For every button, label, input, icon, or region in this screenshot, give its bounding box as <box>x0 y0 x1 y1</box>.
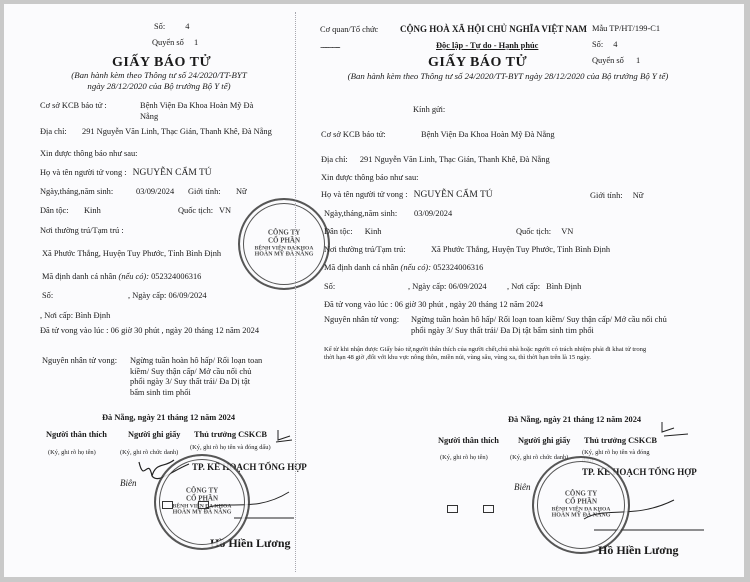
issue-date-label: , Ngày cấp: <box>408 282 446 291</box>
id-note: (nếu có): <box>401 263 431 272</box>
gender-label: Giới tính: <box>188 187 221 198</box>
facility-label: Cơ sở KCB báo tử : <box>40 101 107 112</box>
book-label: Quyển số <box>592 56 624 65</box>
clerk-signature: Biên <box>514 482 531 493</box>
book-value: 1 <box>194 38 198 47</box>
cause-label: Nguyên nhân tử vong: <box>324 315 399 326</box>
signer-head-role: Thủ trưởng CSKCB <box>584 436 657 447</box>
id-value: 052324006316 <box>151 272 201 281</box>
signer-relative-role: Người thân thích <box>46 430 107 441</box>
nationality-label: Quốc tịch: <box>178 206 213 217</box>
book-label: Quyển số <box>152 38 184 47</box>
checkbox-icon <box>162 501 173 509</box>
issue-place-value: Bình Định <box>546 282 581 291</box>
residence-label: Nơi thường trú/Tạm trú : <box>40 226 124 237</box>
issue-date-label: , Ngày cấp: <box>128 291 166 300</box>
notice-text: Xin được thông báo như sau: <box>40 149 137 160</box>
ethnicity-value: Kinh <box>84 206 101 217</box>
dob-value: 03/09/2024 <box>414 209 452 220</box>
signer-name: Hồ Hiền Lương <box>598 543 679 558</box>
residence-label: Nơi thường trú/Tạm trú: <box>324 245 406 256</box>
left-subtitle-2: ngày 28/12/2020 của Bộ trưởng Bộ Y tế) <box>44 81 274 92</box>
name-label: Họ và tên người tử vong : <box>321 190 408 199</box>
address-value: 291 Nguyễn Văn Linh, Thạc Gián, Thanh Kh… <box>360 155 550 164</box>
dob-label: Ngày,tháng,năm sinh: <box>324 209 397 220</box>
number-value: 4 <box>613 40 617 49</box>
death-time: Đã tử vong vào lúc : 06 giờ 30 phút , ng… <box>324 300 543 311</box>
issue-place-label: , Nơi cấp: <box>507 282 540 291</box>
ethnicity-label: Dân tộc: <box>40 206 69 217</box>
facility-label: Cơ sở KCB báo tử: <box>321 130 386 141</box>
dob-value: 03/09/2024 <box>136 187 174 198</box>
ethnicity-label: Dân tộc: <box>324 227 353 236</box>
cause-label: Nguyên nhân tử vong: <box>42 356 117 367</box>
facility-value: Bệnh Viện Đa Khoa Hoàn Mỹ Đà Nẵng <box>421 130 555 141</box>
issue-place-label: , Nơi cấp: <box>40 311 73 320</box>
signer-relative-role: Người thân thích <box>438 436 499 447</box>
nationality-value: VN <box>219 206 231 217</box>
page-divider <box>295 12 296 572</box>
id-label: Mã định danh cá nhân <box>324 263 398 272</box>
issue-date-value: 06/09/2024 <box>448 282 486 291</box>
checkbox-icon <box>447 505 458 513</box>
nationality-value: VN <box>561 227 573 236</box>
signer-relative-note: (Ký, ghi rõ họ tên) <box>48 449 96 457</box>
notice-text: Xin được thông báo như sau: <box>321 173 418 184</box>
org-label: Cơ quan/Tổ chức <box>320 25 378 36</box>
signer-relative-note: (Ký, ghi rõ họ tên) <box>440 454 488 462</box>
id-label: Mã định danh cá nhân <box>42 272 116 281</box>
issue-place-value: Bình Định <box>75 311 110 320</box>
book-value: 1 <box>636 56 640 65</box>
doc-number-label: Số: <box>324 282 335 293</box>
form-code: Mẫu TP/HT/199-C1 <box>592 24 660 35</box>
nationality-label: Quốc tịch: <box>516 227 551 236</box>
death-time: Đã tử vong vào lúc : 06 giờ 30 phút , ng… <box>40 326 270 337</box>
doc-number-label: Số: <box>42 291 53 302</box>
checkbox-icon <box>198 501 209 509</box>
address-value: 291 Nguyễn Văn Linh, Thạc Gián, Thanh Kh… <box>82 127 272 138</box>
scanned-document: Số: 4 Quyển số 1 GIẤY BÁO TỬ (Ban hành k… <box>4 4 744 577</box>
org-dots: .................. <box>320 41 340 52</box>
national-motto: Độc lập - Tự do - Hạnh phúc <box>436 41 538 52</box>
cause-value: Ngừng tuần hoàn hô hấp/ Rối loạn toan ki… <box>411 315 673 336</box>
residence-value: Xã Phước Thắng, Huyện Tuy Phước, Tỉnh Bì… <box>431 245 610 256</box>
signer-clerk-role: Người ghi giấy <box>518 436 570 447</box>
number-label: Số: <box>154 22 165 31</box>
head-initial-signature-icon <box>656 420 690 438</box>
gender-value: Nữ <box>236 187 247 198</box>
legal-note: Kể từ khi nhận được Giấy báo tử,người th… <box>324 346 654 362</box>
company-stamp-signature: CÔNG TY CỔ PHẦN BỆNH VIỆN ĐA KHOA HOÀN M… <box>532 456 630 554</box>
cause-value: Ngừng tuần hoàn hô hấp/ Rối loạn toan ki… <box>130 356 265 398</box>
left-subtitle-1: (Ban hành kèm theo Thông tư số 24/2020/T… <box>44 70 274 81</box>
head-initial-signature-icon <box>272 428 294 446</box>
clerk-signature: Biên <box>120 478 137 489</box>
facility-value: Bệnh Viện Đa Khoa Hoàn Mỹ Đà Nẵng <box>140 101 270 122</box>
right-title: GIẤY BÁO TỬ <box>428 54 527 72</box>
left-page-certificate: Số: 4 Quyển số 1 GIẤY BÁO TỬ (Ban hành k… <box>4 4 294 577</box>
number-value: 4 <box>185 22 189 31</box>
residence-value: Xã Phước Thắng, Huyện Tuy Phước, Tỉnh Bì… <box>42 249 221 260</box>
signer-clerk-role: Người ghi giấy <box>128 430 180 441</box>
signer-head-role: Thủ trưởng CSKCB <box>194 430 267 441</box>
name-label: Họ và tên người tử vong : <box>40 168 127 177</box>
name-value: NGUYỄN CẨM TÚ <box>133 168 212 178</box>
id-value: 052324006316 <box>433 263 483 272</box>
id-note: (nếu có): <box>119 272 149 281</box>
address-label: Địa chỉ: <box>40 127 67 138</box>
left-title: GIẤY BÁO TỬ <box>112 54 211 72</box>
number-label: Số: <box>592 40 603 49</box>
signer-head-note: (Ký, ghi rõ họ tên và đóng dấu) <box>190 444 272 452</box>
ethnicity-value: Kinh <box>365 227 382 236</box>
national-title: CỘNG HOÀ XÃ HỘI CHỦ NGHĨA VIỆT NAM <box>400 24 587 35</box>
name-value: NGUYỄN CẨM TÚ <box>414 190 493 200</box>
right-subtitle: (Ban hành kèm theo Thông tư số 24/2020/T… <box>318 71 698 82</box>
place-date: Đà Nẵng, ngày 21 tháng 12 năm 2024 <box>508 415 641 426</box>
issue-date-value: 06/09/2024 <box>168 291 206 300</box>
place-date: Đà Nẵng, ngày 21 tháng 12 năm 2024 <box>102 413 235 424</box>
checkbox-icon <box>483 505 494 513</box>
gender-value: Nữ <box>633 191 644 200</box>
dob-label: Ngày,tháng,năm sinh: <box>40 187 113 198</box>
gender-label: Giới tính: <box>590 191 623 200</box>
addressee: Kính gửi: <box>413 105 445 116</box>
address-label: Địa chỉ: <box>321 155 348 164</box>
right-page-certificate: Cơ quan/Tổ chức .................. CỘNG … <box>304 4 744 577</box>
